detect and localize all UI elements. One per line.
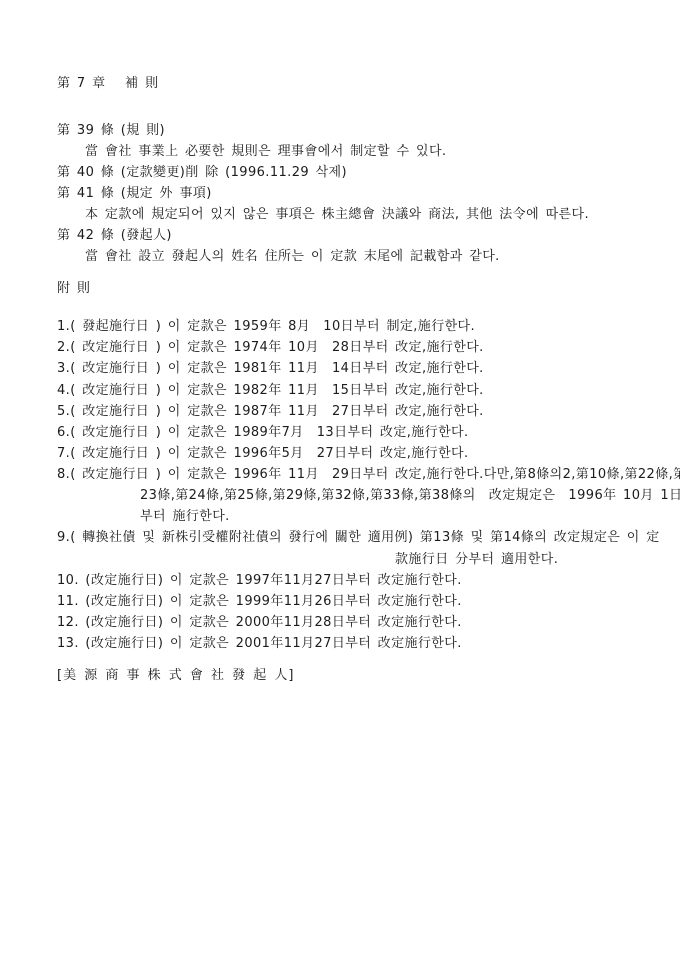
- article-39-body: 當 會社 事業上 必要한 規則은 理事會에서 制定할 수 있다.: [85, 144, 446, 160]
- article-40-title: 第 40 條 (定款變更)削 除 (1996.11.29 삭제): [57, 165, 347, 181]
- addendum-item-13: 13. (改定施行日) 이 定款은 2001年11月27日부터 改定施行한다.: [57, 636, 462, 652]
- document-page: 第 7 章 補 則 第 39 條 (規 則) 當 會社 事業上 必要한 規則은 …: [0, 0, 680, 962]
- addendum-item-8-line-3: 부터 施行한다.: [140, 509, 230, 525]
- addendum-item-12: 12. (改定施行日) 이 定款은 2000年11月28日부터 改定施行한다.: [57, 615, 462, 631]
- addendum-item-7: 7.( 改定施行日 ) 이 定款은 1996年5月 27日부터 改定,施行한다.: [57, 446, 469, 462]
- chapter-heading: 第 7 章 補 則: [57, 76, 158, 92]
- addendum-item-4: 4.( 改定施行日 ) 이 定款은 1982年 11月 15日부터 改定,施行한…: [57, 383, 484, 399]
- addendum-item-9-line-1: 9.( 轉換社債 및 新株引受權附社債의 發行에 關한 適用例) 第13條 및 …: [57, 530, 660, 546]
- addendum-item-6: 6.( 改定施行日 ) 이 定款은 1989年7月 13日부터 改定,施行한다.: [57, 425, 469, 441]
- article-41-title: 第 41 條 (規定 外 事項): [57, 186, 212, 202]
- addendum-item-5: 5.( 改定施行日 ) 이 定款은 1987年 11月 27日부터 改定,施行한…: [57, 404, 484, 420]
- addenda-heading: 附 則: [57, 281, 90, 297]
- addendum-item-8-line-1: 8.( 改定施行日 ) 이 定款은 1996年 11月 29日부터 改定,施行한…: [57, 467, 680, 483]
- addendum-item-9-line-2: 款施行日 分부터 適用한다.: [395, 552, 558, 568]
- article-42-title: 第 42 條 (發起人): [57, 228, 172, 244]
- article-42-body: 當 會社 設立 發起人의 姓名 住所는 이 定款 末尾에 記載함과 같다.: [85, 249, 500, 265]
- addendum-item-1: 1.( 發起施行日 ) 이 定款은 1959年 8月 10日부터 制定,施行한다…: [57, 319, 475, 335]
- addendum-item-3: 3.( 改定施行日 ) 이 定款은 1981年 11月 14日부터 改定,施行한…: [57, 361, 484, 377]
- addendum-item-11: 11. (改定施行日) 이 定款은 1999年11月26日부터 改定施行한다.: [57, 594, 462, 610]
- founders-footer: [美 源 商 事 株 式 會 社 發 起 人]: [57, 668, 294, 684]
- article-41-body: 本 定款에 規定되어 있지 않은 事項은 株主總會 決議와 商法, 其他 法令에…: [85, 207, 589, 223]
- addendum-item-8-line-2: 23條,第24條,第25條,第29條,第32條,第33條,第38條의 改定規定은…: [140, 488, 680, 504]
- addendum-item-10: 10. (改定施行日) 이 定款은 1997年11月27日부터 改定施行한다.: [57, 573, 462, 589]
- addendum-item-2: 2.( 改定施行日 ) 이 定款은 1974年 10月 28日부터 改定,施行한…: [57, 340, 484, 356]
- article-39-title: 第 39 條 (規 則): [57, 123, 165, 139]
